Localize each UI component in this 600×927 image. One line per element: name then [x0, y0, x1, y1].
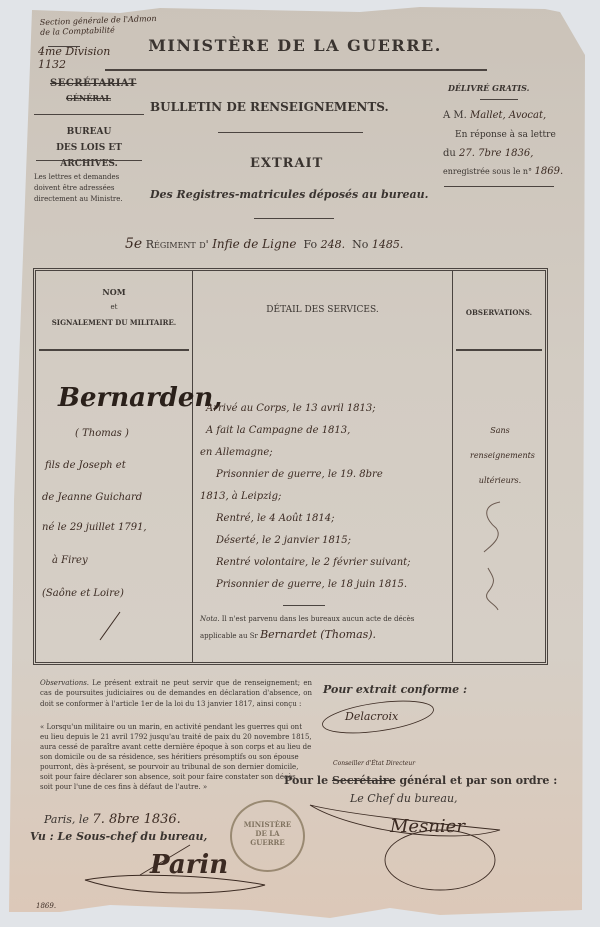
flourish-mark	[90, 610, 130, 650]
soldier-birth: né le 29 juillet 1791,	[42, 522, 147, 533]
signature-flourish	[320, 695, 440, 740]
registry-number: 1132	[38, 58, 66, 71]
letter-date-value: 27. 7bre 1836,	[459, 148, 533, 159]
extrait-title: EXTRAIT	[250, 156, 323, 171]
soldier-department: (Saône et Loire)	[42, 588, 124, 599]
struck-word: Secrétaire	[332, 774, 396, 787]
number-value: 1485.	[372, 238, 404, 251]
ministry-title: MINISTÈRE DE LA GUERRE.	[120, 36, 470, 55]
signature-flourish	[290, 790, 510, 900]
stamp-line: MINISTÈRE	[232, 820, 303, 829]
service-line: en Allemagne;	[200, 442, 450, 464]
ministry-stamp: MINISTÈRE DE LA GUERRE	[230, 800, 305, 872]
divider	[34, 114, 144, 115]
header-name: NOM et SIGNALEMENT DU MILITAIRE.	[36, 285, 192, 330]
soldier-birthplace: à Firey	[52, 555, 88, 566]
addressee: A M. Mallet, Avocat,	[443, 110, 546, 121]
header-nom: NOM	[36, 285, 192, 300]
column-divider	[452, 271, 453, 662]
place-date-label: Paris, le	[44, 813, 89, 826]
place-date-value: 7. 8bre 1836.	[92, 812, 180, 827]
addressee-value: Mallet, Avocat,	[470, 110, 546, 121]
regiment-value: Infie de Ligne	[212, 237, 296, 251]
service-line: A fait la Campagne de 1813,	[200, 420, 450, 442]
header-observations: OBSERVATIONS.	[453, 305, 545, 320]
letter-date-label: du	[443, 148, 456, 159]
bulletin-title: BULLETIN DE RENSEIGNEMENTS.	[150, 100, 389, 114]
regiment-line: 5e Régiment d' Infie de Ligne Fo 248. No…	[125, 236, 403, 252]
regiment-label: Régiment d'	[146, 238, 209, 251]
bottom-note: 1869.	[36, 902, 56, 910]
divider	[218, 132, 363, 133]
number-label: No	[352, 238, 368, 251]
stamp-line: DE LA	[232, 829, 303, 838]
nota-block: Nota. Il n'est parvenu dans les bureaux …	[200, 612, 450, 644]
nota-name: Bernardet (Thomas).	[260, 628, 376, 641]
addressee-label: A M.	[443, 110, 467, 121]
place-date: Paris, le 7. 8bre 1836.	[44, 812, 181, 827]
observations-footnote: Observations. Le présent extrait ne peut…	[40, 678, 312, 709]
service-line: Rentré volontaire, le 2 février suivant;	[200, 552, 450, 574]
header-separator	[39, 349, 189, 351]
reply-label: En réponse à sa lettre	[455, 130, 556, 140]
header-services: DÉTAIL DES SERVICES.	[193, 303, 452, 318]
divider	[480, 99, 518, 100]
pour-le-line: Pour le Secrétaire général et par son or…	[284, 774, 557, 787]
observations-cell: Sans renseignements ultérieurs.	[470, 418, 530, 493]
service-line: Déserté, le 2 janvier 1815;	[200, 530, 450, 552]
ornament-divider	[36, 160, 142, 161]
flourish-mark	[478, 500, 508, 620]
header-et: et	[36, 300, 192, 315]
secretariat-label: SECRÉTARIAT	[50, 78, 137, 89]
bureau-line-1: BUREAU	[34, 124, 144, 140]
pour-le-rest: général et par son ordre :	[399, 774, 557, 787]
column-divider	[192, 271, 193, 662]
soldier-mother: de Jeanne Guichard	[42, 492, 142, 503]
service-line: Prisonnier de guerre, le 18 juin 1815.	[200, 574, 450, 596]
folio-value: 248.	[321, 238, 346, 251]
division-note: 4me Division 1132	[38, 45, 110, 71]
interlinear-note: Conseiller d'État Directeur	[333, 760, 415, 767]
service-line: Rentré, le 4 Août 1814;	[200, 508, 450, 530]
title-rule	[105, 69, 487, 71]
observations-label: Observations.	[40, 679, 89, 687]
margin-note: Section générale de l'Admon de la Compta…	[40, 14, 157, 38]
extrait-subtitle: Des Registres-matricules déposés au bure…	[150, 188, 428, 201]
delivre-gratis: DÉLIVRÉ GRATIS.	[448, 83, 529, 93]
services-list: Arrivé au Corps, le 13 avril 1813; A fai…	[200, 398, 450, 596]
divider	[254, 218, 334, 219]
pour-le-label: Pour le	[284, 774, 328, 787]
ornament-divider	[444, 186, 554, 187]
regiment-number: 5e	[125, 236, 142, 252]
divider	[283, 605, 325, 606]
header-separator	[456, 349, 542, 351]
service-line: Arrivé au Corps, le 13 avril 1813;	[200, 398, 450, 420]
stamp-line: GUERRE	[232, 838, 303, 847]
letter-date: du 27. 7bre 1836,	[443, 148, 533, 159]
observation-line: renseignements	[470, 443, 530, 468]
soldier-firstname: ( Thomas )	[75, 428, 129, 439]
service-line: Prisonnier de guerre, le 19. 8bre	[200, 464, 450, 486]
nota-label: Nota.	[200, 615, 220, 623]
instructions-text: Les lettres et demandes doivent être adr…	[34, 172, 146, 205]
folio-label: Fo	[304, 238, 318, 251]
law-quote: « Lorsqu'un militaire ou un marin, en ac…	[40, 722, 312, 792]
soldier-surname: Bernarden,	[58, 383, 222, 413]
general-label: GÉNÉRAL	[66, 93, 111, 103]
observation-line: ultérieurs.	[470, 468, 530, 493]
header-signalement: SIGNALEMENT DU MILITAIRE.	[36, 315, 192, 330]
bureau-label: BUREAU DES LOIS ET ARCHIVES.	[34, 124, 144, 172]
division-text: 4me Division	[38, 45, 110, 58]
registered-number: enregistrée sous le n° 1869.	[443, 166, 563, 177]
registered-value: 1869.	[535, 166, 564, 177]
soldier-father: fils de Joseph et	[45, 460, 126, 471]
registered-label: enregistrée sous le n°	[443, 167, 532, 176]
observation-line: Sans	[470, 418, 530, 443]
bureau-line-2: DES LOIS ET ARCHIVES.	[34, 140, 144, 172]
service-line: 1813, à Leipzig;	[200, 486, 450, 508]
